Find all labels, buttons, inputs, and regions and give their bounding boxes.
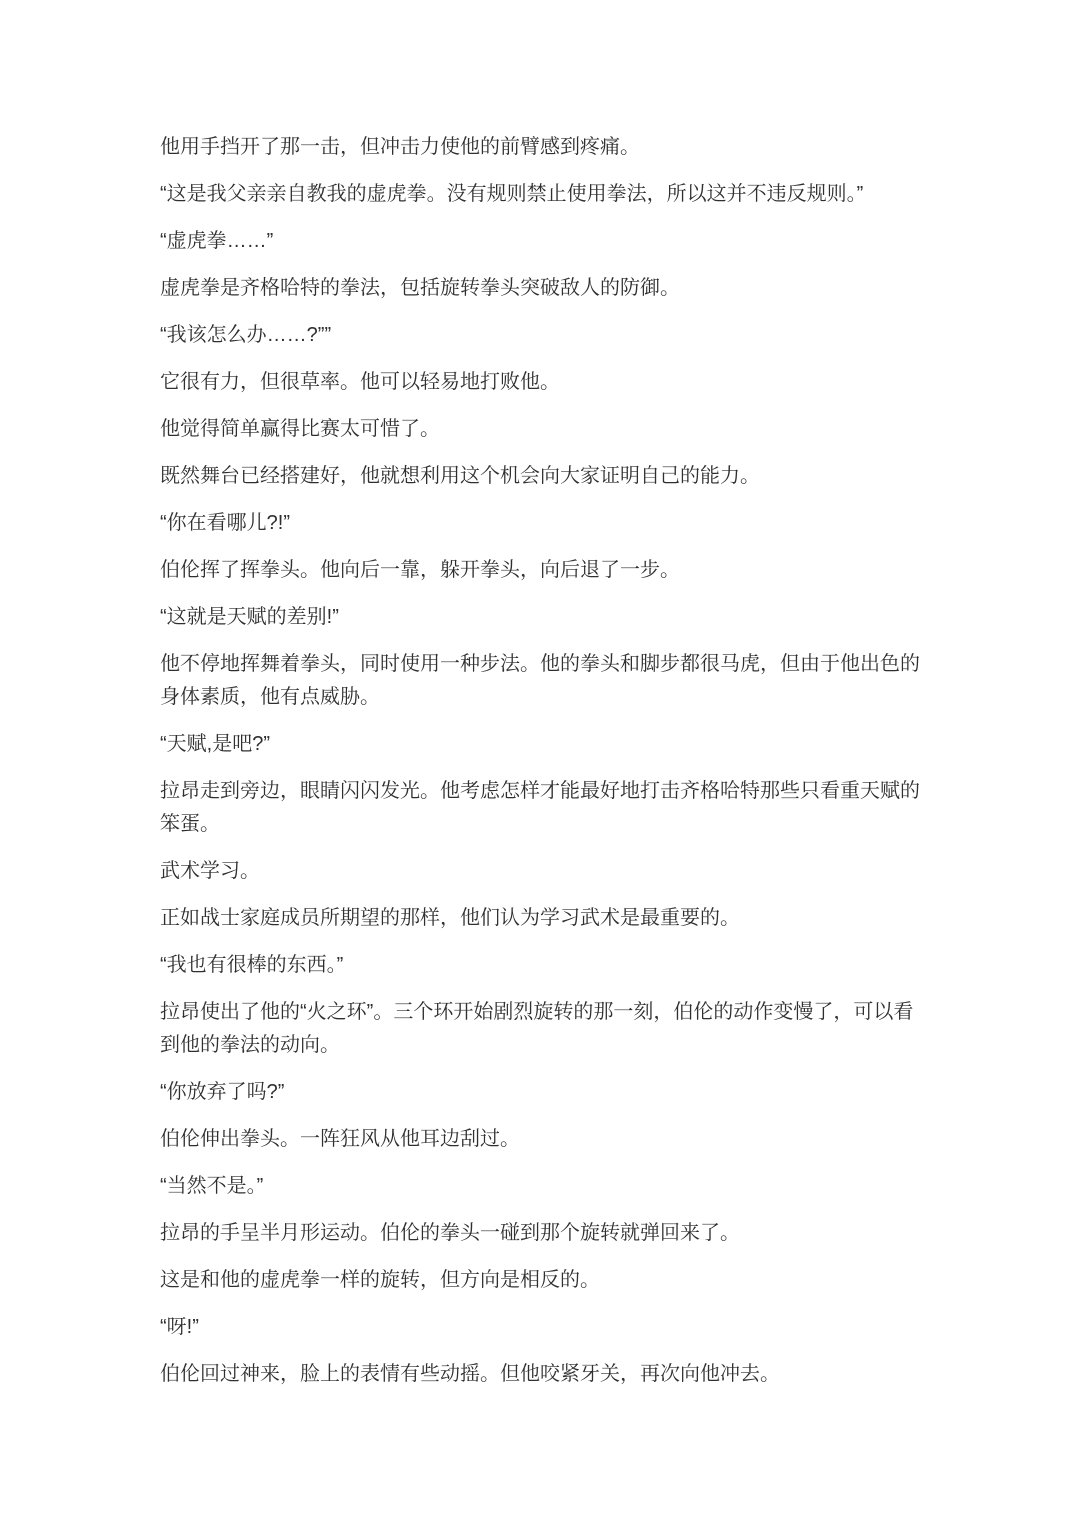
paragraph: 正如战士家庭成员所期望的那样，他们认为学习武术是最重要的。 [160,902,922,935]
paragraph: “你在看哪儿?!” [160,507,922,540]
paragraph: 他不停地挥舞着拳头，同时使用一种步法。他的拳头和脚步都很马虎，但由于他出色的身体… [160,648,922,714]
paragraph: 它很有力，但很草率。他可以轻易地打败他。 [160,366,922,399]
paragraph: “我该怎么办……?”” [160,319,922,352]
paragraph: “这就是天赋的差别!” [160,601,922,634]
paragraph: 拉昂走到旁边，眼睛闪闪发光。他考虑怎样才能最好地打击齐格哈特那些只看重天赋的笨蛋… [160,775,922,841]
paragraph: 武术学习。 [160,855,922,888]
paragraph: “当然不是。” [160,1170,922,1203]
paragraph: 他觉得简单赢得比赛太可惜了。 [160,413,922,446]
paragraph: 这是和他的虚虎拳一样的旋转，但方向是相反的。 [160,1264,922,1297]
paragraph: 拉昂使出了他的“火之环”。三个环开始剧烈旋转的那一刻，伯伦的动作变慢了，可以看到… [160,996,922,1062]
paragraph: “我也有很棒的东西。” [160,949,922,982]
document-page: 他用手挡开了那一击，但冲击力使他的前臂感到疼痛。 “这是我父亲亲自教我的虚虎拳。… [0,0,1074,1519]
paragraph: 虚虎拳是齐格哈特的拳法，包括旋转拳头突破敌人的防御。 [160,272,922,305]
paragraph: 伯伦伸出拳头。一阵狂风从他耳边刮过。 [160,1123,922,1156]
paragraph: 既然舞台已经搭建好，他就想利用这个机会向大家证明自己的能力。 [160,460,922,493]
paragraph: “天赋,是吧?” [160,728,922,761]
paragraph: 他用手挡开了那一击，但冲击力使他的前臂感到疼痛。 [160,131,922,164]
paragraph: “呀!” [160,1311,922,1344]
paragraph: “你放弃了吗?” [160,1076,922,1109]
paragraph: 伯伦回过神来，脸上的表情有些动摇。但他咬紧牙关，再次向他冲去。 [160,1358,922,1391]
text-content: 他用手挡开了那一击，但冲击力使他的前臂感到疼痛。 “这是我父亲亲自教我的虚虎拳。… [160,131,922,1405]
paragraph: “这是我父亲亲自教我的虚虎拳。没有规则禁止使用拳法，所以这并不违反规则。” [160,178,922,211]
paragraph: 伯伦挥了挥拳头。他向后一靠，躲开拳头，向后退了一步。 [160,554,922,587]
paragraph: 拉昂的手呈半月形运动。伯伦的拳头一碰到那个旋转就弹回来了。 [160,1217,922,1250]
paragraph: “虚虎拳……” [160,225,922,258]
